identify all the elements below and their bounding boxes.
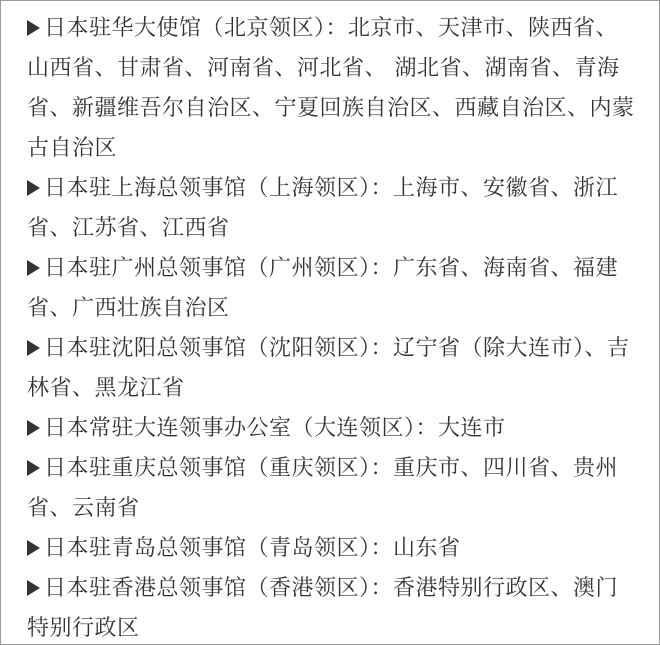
triangle-right-icon [27, 20, 40, 36]
entry-shenyang: 日本驻沈阳总领事馆（沈阳领区）：辽宁省（除大连市）、吉林省、黑龙江省 [27, 329, 639, 409]
entry-dalian: 日本常驻大连领事办公室（大连领区）：大连市 [27, 409, 639, 449]
entry-hongkong: 日本驻香港总领事馆（香港领区）：香港特别行政区、澳门特别行政区 [27, 569, 639, 645]
district-name: （大连领区）： [292, 416, 439, 441]
region-list: 山东省 [393, 536, 461, 561]
triangle-right-icon [27, 540, 40, 556]
entry-guangzhou: 日本驻广州总领事馆（广州领区）：广东省、海南省、福建省、广西壮族自治区 [27, 249, 639, 329]
district-name: （北京领区）： [202, 16, 349, 41]
office-name: 日本驻上海总领事馆 [44, 176, 247, 201]
office-name: 日本常驻大连领事办公室 [44, 416, 292, 441]
entry-beijing: 日本驻华大使馆（北京领区）：北京市、天津市、陕西省、山西省、甘肃省、河南省、河北… [27, 9, 639, 169]
office-name: 日本驻重庆总领事馆 [44, 456, 247, 481]
entry-qingdao: 日本驻青岛总领事馆（青岛领区）：山东省 [27, 529, 639, 569]
triangle-right-icon [27, 580, 40, 596]
district-name: （上海领区）： [247, 176, 394, 201]
entry-chongqing: 日本驻重庆总领事馆（重庆领区）：重庆市、四川省、贵州省、云南省 [27, 449, 639, 529]
district-name: （沈阳领区）： [247, 336, 394, 361]
district-name: （香港领区）： [247, 576, 394, 601]
consular-district-list: 日本驻华大使馆（北京领区）：北京市、天津市、陕西省、山西省、甘肃省、河南省、河北… [0, 0, 660, 645]
office-name: 日本驻华大使馆 [44, 16, 202, 41]
district-name: （广州领区）： [247, 256, 394, 281]
entry-shanghai: 日本驻上海总领事馆（上海领区）：上海市、安徽省、浙江省、江苏省、江西省 [27, 169, 639, 249]
region-list: 大连市 [438, 416, 506, 441]
triangle-right-icon [27, 260, 40, 276]
office-name: 日本驻青岛总领事馆 [44, 536, 247, 561]
triangle-right-icon [27, 460, 40, 476]
office-name: 日本驻香港总领事馆 [44, 576, 247, 601]
triangle-right-icon [27, 180, 40, 196]
district-name: （重庆领区）： [247, 456, 394, 481]
office-name: 日本驻广州总领事馆 [44, 256, 247, 281]
district-name: （青岛领区）： [247, 536, 394, 561]
office-name: 日本驻沈阳总领事馆 [44, 336, 247, 361]
triangle-right-icon [27, 420, 40, 436]
triangle-right-icon [27, 340, 40, 356]
